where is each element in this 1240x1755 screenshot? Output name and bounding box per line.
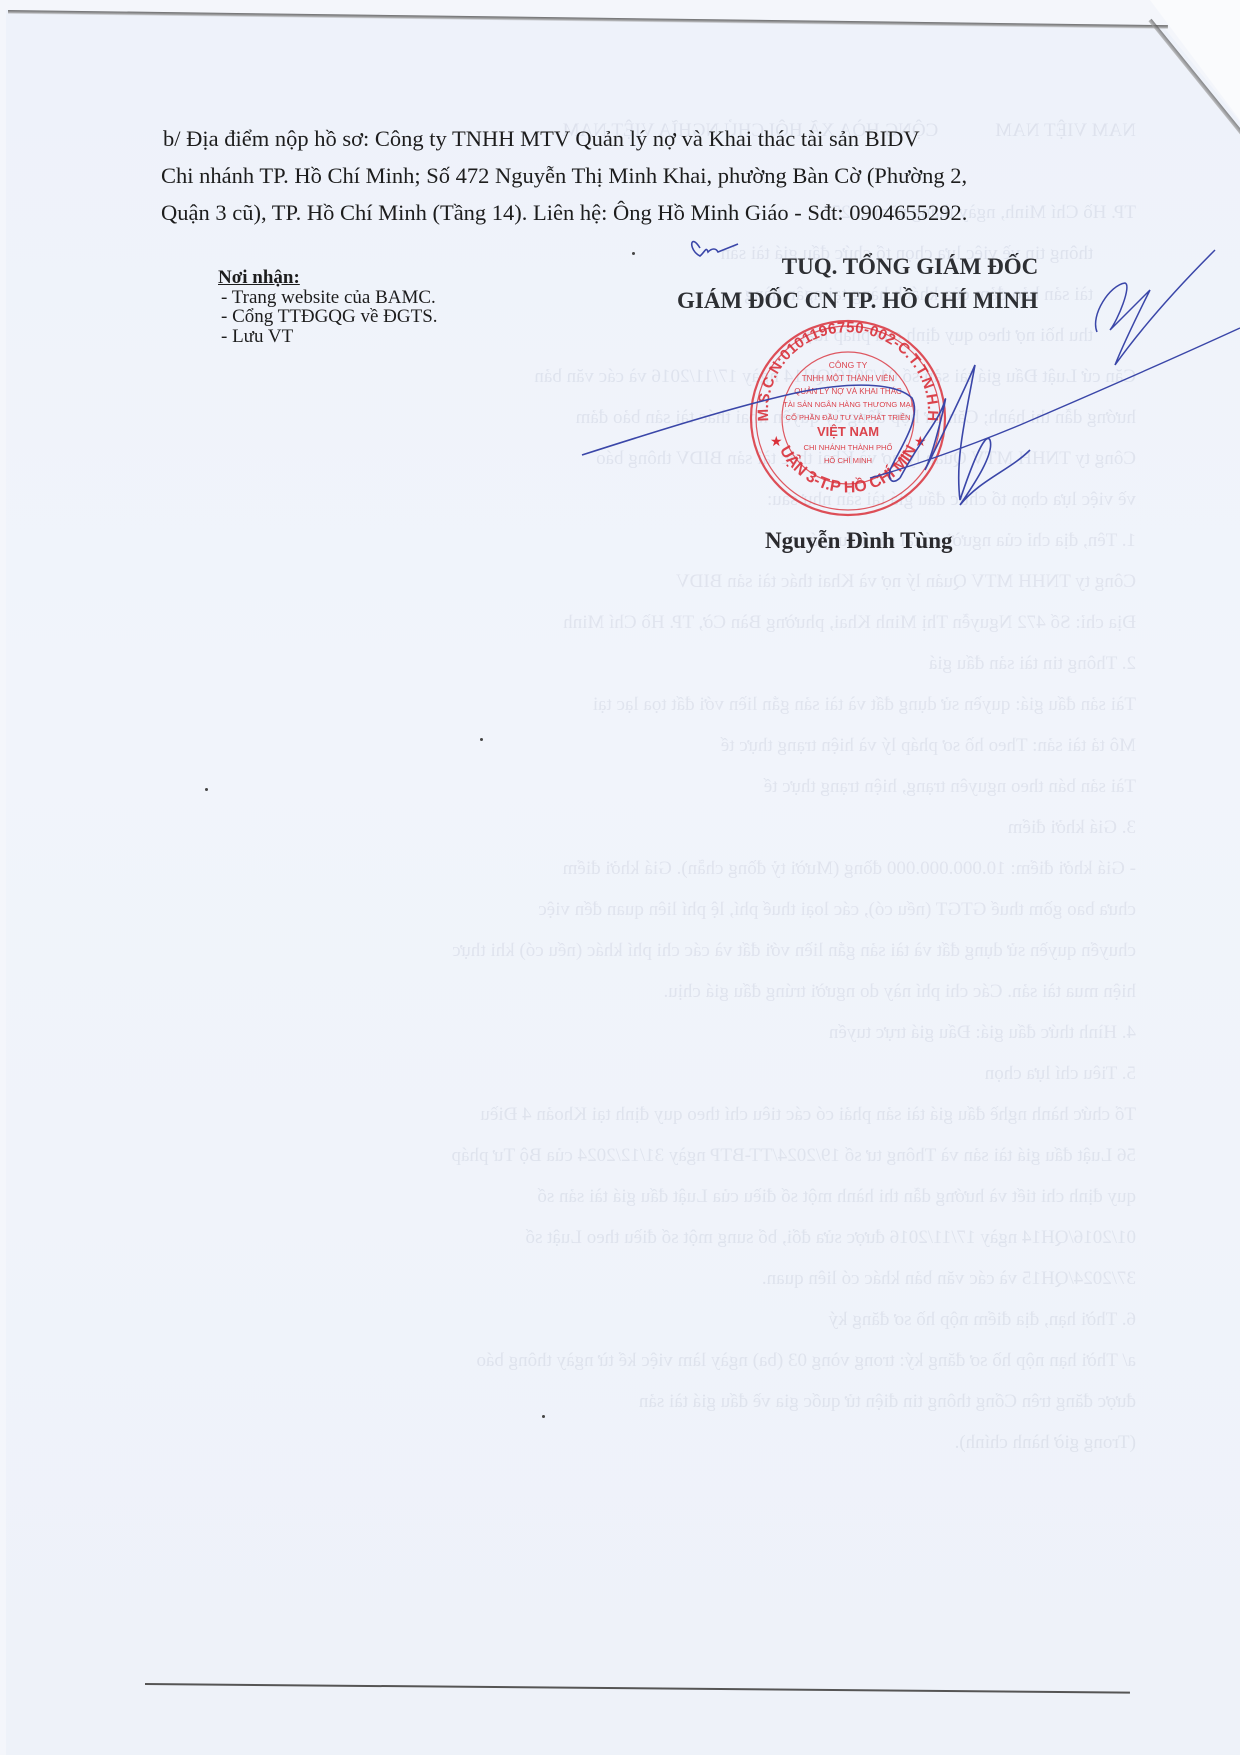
scan-speck — [480, 738, 483, 741]
seal-line: QUẢN LÝ NỢ VÀ KHAI THÁC — [794, 387, 902, 396]
seal-line: TÀI SẢN NGÂN HÀNG THƯƠNG MẠI — [783, 400, 913, 409]
recipients-title: Nơi nhận: — [218, 268, 438, 288]
company-seal-stamp: M.S.C.N:0101196750-002-C.T.T.N.H.H QUẬN … — [748, 318, 948, 518]
seal-line: VIỆT NAM — [817, 424, 879, 439]
paragraph-line: Chi nhánh TP. Hồ Chí Minh; Số 472 Nguyễn… — [161, 157, 1063, 194]
seal-line: HỒ CHÍ MINH — [824, 455, 872, 465]
seal-line: TNHH MỘT THÀNH VIÊN — [802, 374, 895, 383]
star-icon: ★ — [914, 435, 927, 450]
paragraph-line: b/ Địa điểm nộp hồ sơ: Công ty TNHH MTV … — [163, 120, 1063, 157]
authorization-title: TUQ. TỔNG GIÁM ĐỐC — [720, 250, 1100, 284]
signer-position: GIÁM ĐỐC CN TP. HỒ CHÍ MINH — [615, 284, 1100, 318]
signature-block: TUQ. TỔNG GIÁM ĐỐC GIÁM ĐỐC CN TP. HỒ CH… — [640, 250, 1100, 318]
recipient-item: - Trang website của BAMC. — [218, 288, 438, 308]
star-icon: ★ — [770, 435, 783, 450]
footer-rule — [145, 1683, 1130, 1694]
seal-line: CHI NHÁNH THÀNH PHỐ — [804, 442, 893, 452]
seal-line: CÔNG TY — [829, 360, 868, 370]
signer-name: Nguyễn Đình Tùng — [765, 528, 953, 554]
seal-line: CỔ PHẦN ĐẦU TƯ VÀ PHÁT TRIỂN — [785, 412, 910, 422]
submission-location-paragraph: b/ Địa điểm nộp hồ sơ: Công ty TNHH MTV … — [163, 120, 1063, 231]
recipients-list: Nơi nhận: - Trang website của BAMC. - Cổ… — [218, 268, 438, 346]
scan-speck — [632, 252, 635, 255]
paragraph-line: Quận 3 cũ), TP. Hồ Chí Minh (Tầng 14). L… — [161, 194, 1063, 231]
recipient-item: - Lưu VT — [218, 327, 438, 347]
scan-speck — [542, 1415, 545, 1418]
scan-speck — [205, 788, 208, 791]
document-content: b/ Địa điểm nộp hồ sơ: Công ty TNHH MTV … — [0, 0, 1240, 1755]
recipient-item: - Cổng TTĐGQG về ĐGTS. — [218, 307, 438, 327]
